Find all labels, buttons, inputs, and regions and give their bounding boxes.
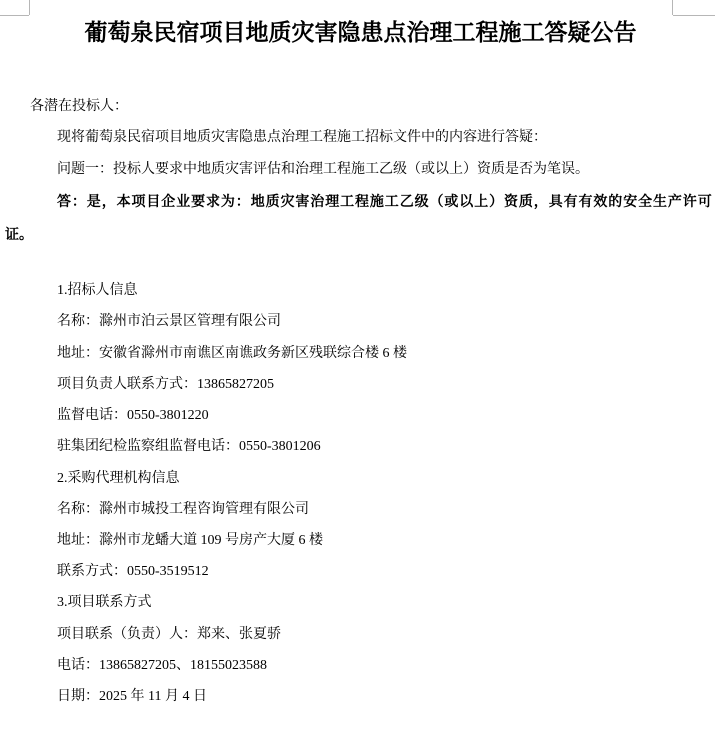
salutation-line: 各潜在投标人： xyxy=(30,97,128,117)
section-3-heading: 3.项目联系方式 xyxy=(57,593,152,613)
crop-mark-left-vertical xyxy=(29,0,30,15)
intro-line: 现将葡萄泉民宿项目地质灾害隐患点治理工程施工招标文件中的内容进行答疑： xyxy=(57,128,547,148)
supervision-phone: 监督电话：0550-3801220 xyxy=(57,406,209,426)
bidder-name: 名称：滁州市泊云景区管理有限公司 xyxy=(57,312,281,332)
contact-phones: 电话：13865827205、18155023588 xyxy=(57,656,267,676)
project-contacts: 项目联系（负责）人：郑来、张夏骄 xyxy=(57,625,281,645)
crop-mark-left-horizontal xyxy=(0,15,29,16)
crop-mark-right-vertical xyxy=(672,0,673,15)
agency-name: 名称：滁州市城投工程咨询管理有限公司 xyxy=(57,500,309,520)
question-line: 问题一：投标人要求中地质灾害评估和治理工程施工乙级（或以上）资质是否为笔误。 xyxy=(57,160,589,180)
section-2-heading: 2.采购代理机构信息 xyxy=(57,469,180,489)
section-1-heading: 1.招标人信息 xyxy=(57,281,138,301)
project-leader-contact: 项目负责人联系方式：13865827205 xyxy=(57,375,274,395)
bidder-address: 地址：安徽省滁州市南谯区南谯政务新区残联综合楼 6 楼 xyxy=(57,344,407,364)
agency-address: 地址：滁州市龙蟠大道 109 号房产大厦 6 楼 xyxy=(57,531,323,551)
answer-line-1: 答：是，本项目企业要求为：地质灾害治理工程施工乙级（或以上）资质，具有有效的安全… xyxy=(57,193,713,213)
answer-line-2: 证。 xyxy=(5,226,33,246)
document-title: 葡萄泉民宿项目地质灾害隐患点治理工程施工答疑公告 xyxy=(0,18,721,48)
crop-mark-right-horizontal xyxy=(673,15,715,16)
date-line: 日期：2025 年 11 月 4 日 xyxy=(57,687,207,707)
agency-contact: 联系方式：0550-3519512 xyxy=(57,562,209,582)
document-page: { "doc": { "title": "葡萄泉民宿项目地质灾害隐患点治理工程施… xyxy=(0,0,721,741)
discipline-supervision-phone: 驻集团纪检监察组监督电话：0550-3801206 xyxy=(57,437,321,457)
